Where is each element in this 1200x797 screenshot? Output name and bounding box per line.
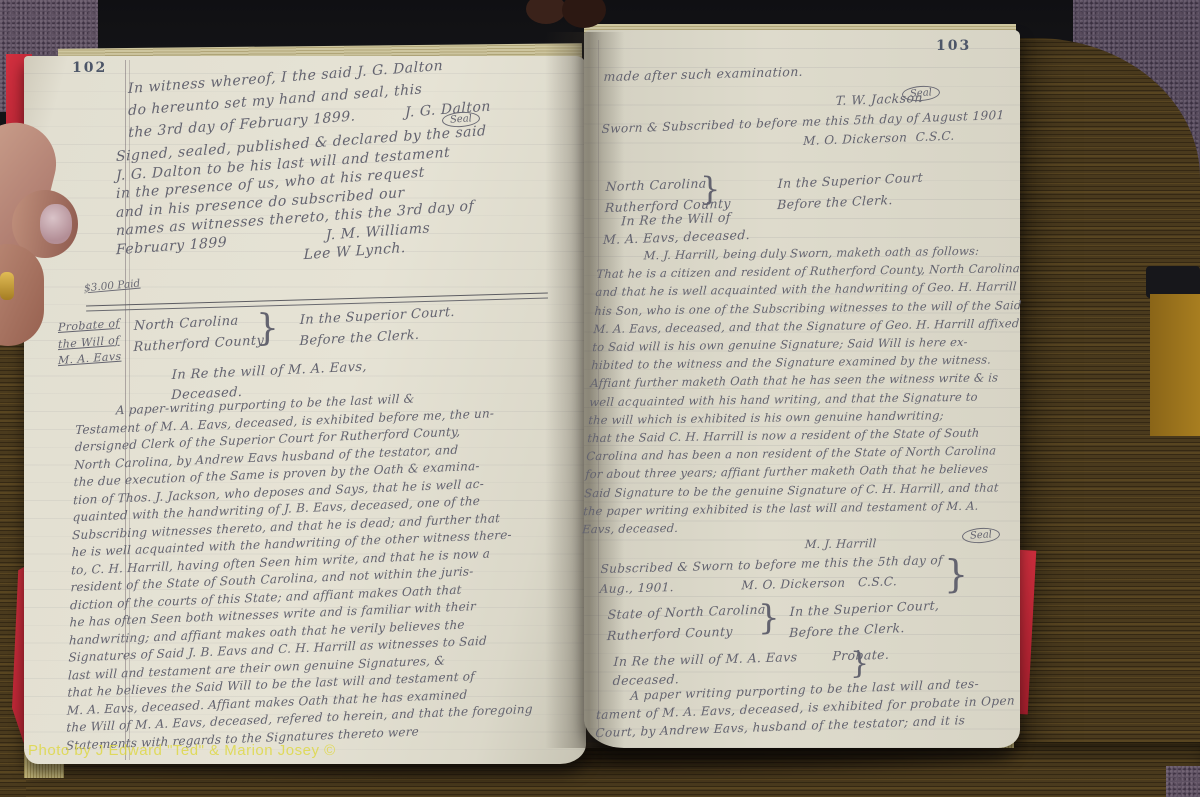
- tan-object-right: [1150, 294, 1200, 436]
- caption2-court: In the Superior CourtBefore the Clerk.: [777, 167, 923, 215]
- right-page-number: 103: [936, 38, 971, 54]
- margin-note-probate: Probate ofthe Will ofM. A. Eavs: [58, 316, 121, 370]
- in-re3-brace: }: [850, 646, 869, 681]
- probate-affidavit-body: A paper-writing purporting to be the las…: [66, 385, 543, 754]
- subscribed-brace: }: [944, 552, 968, 596]
- caption3-court: In the Superior Court,Before the Clerk.: [789, 594, 940, 643]
- photo-watermark: Photo by J Edward "Ted" & Marion Josey ©: [28, 742, 336, 759]
- caption3-brace: }: [758, 598, 780, 638]
- record-book-photo: 102 In witness whereof, I the said J. G.…: [0, 0, 1200, 797]
- thumbnail: [40, 204, 72, 244]
- gold-ring: [0, 272, 14, 300]
- in-re2-heading: In Re the Will ofM. A. Eavs, deceased.: [603, 208, 751, 249]
- caption-court: In the Superior Court.Before the Clerk.: [299, 302, 455, 352]
- caption-state-county: North CarolinaRutherford County: [133, 309, 264, 358]
- caption-brace: }: [256, 308, 279, 349]
- witness-clause: Signed, sealed, published & declared by …: [116, 122, 486, 278]
- caption2-brace: }: [700, 170, 720, 208]
- harrill-affidavit: M. J. Harrill, being duly Sworn, maketh …: [581, 241, 1025, 557]
- left-page-number: 102: [72, 60, 107, 76]
- carpet-bottom-right: [1166, 766, 1200, 797]
- caption3-state-county: State of North CarolinaRutherford County: [607, 598, 767, 646]
